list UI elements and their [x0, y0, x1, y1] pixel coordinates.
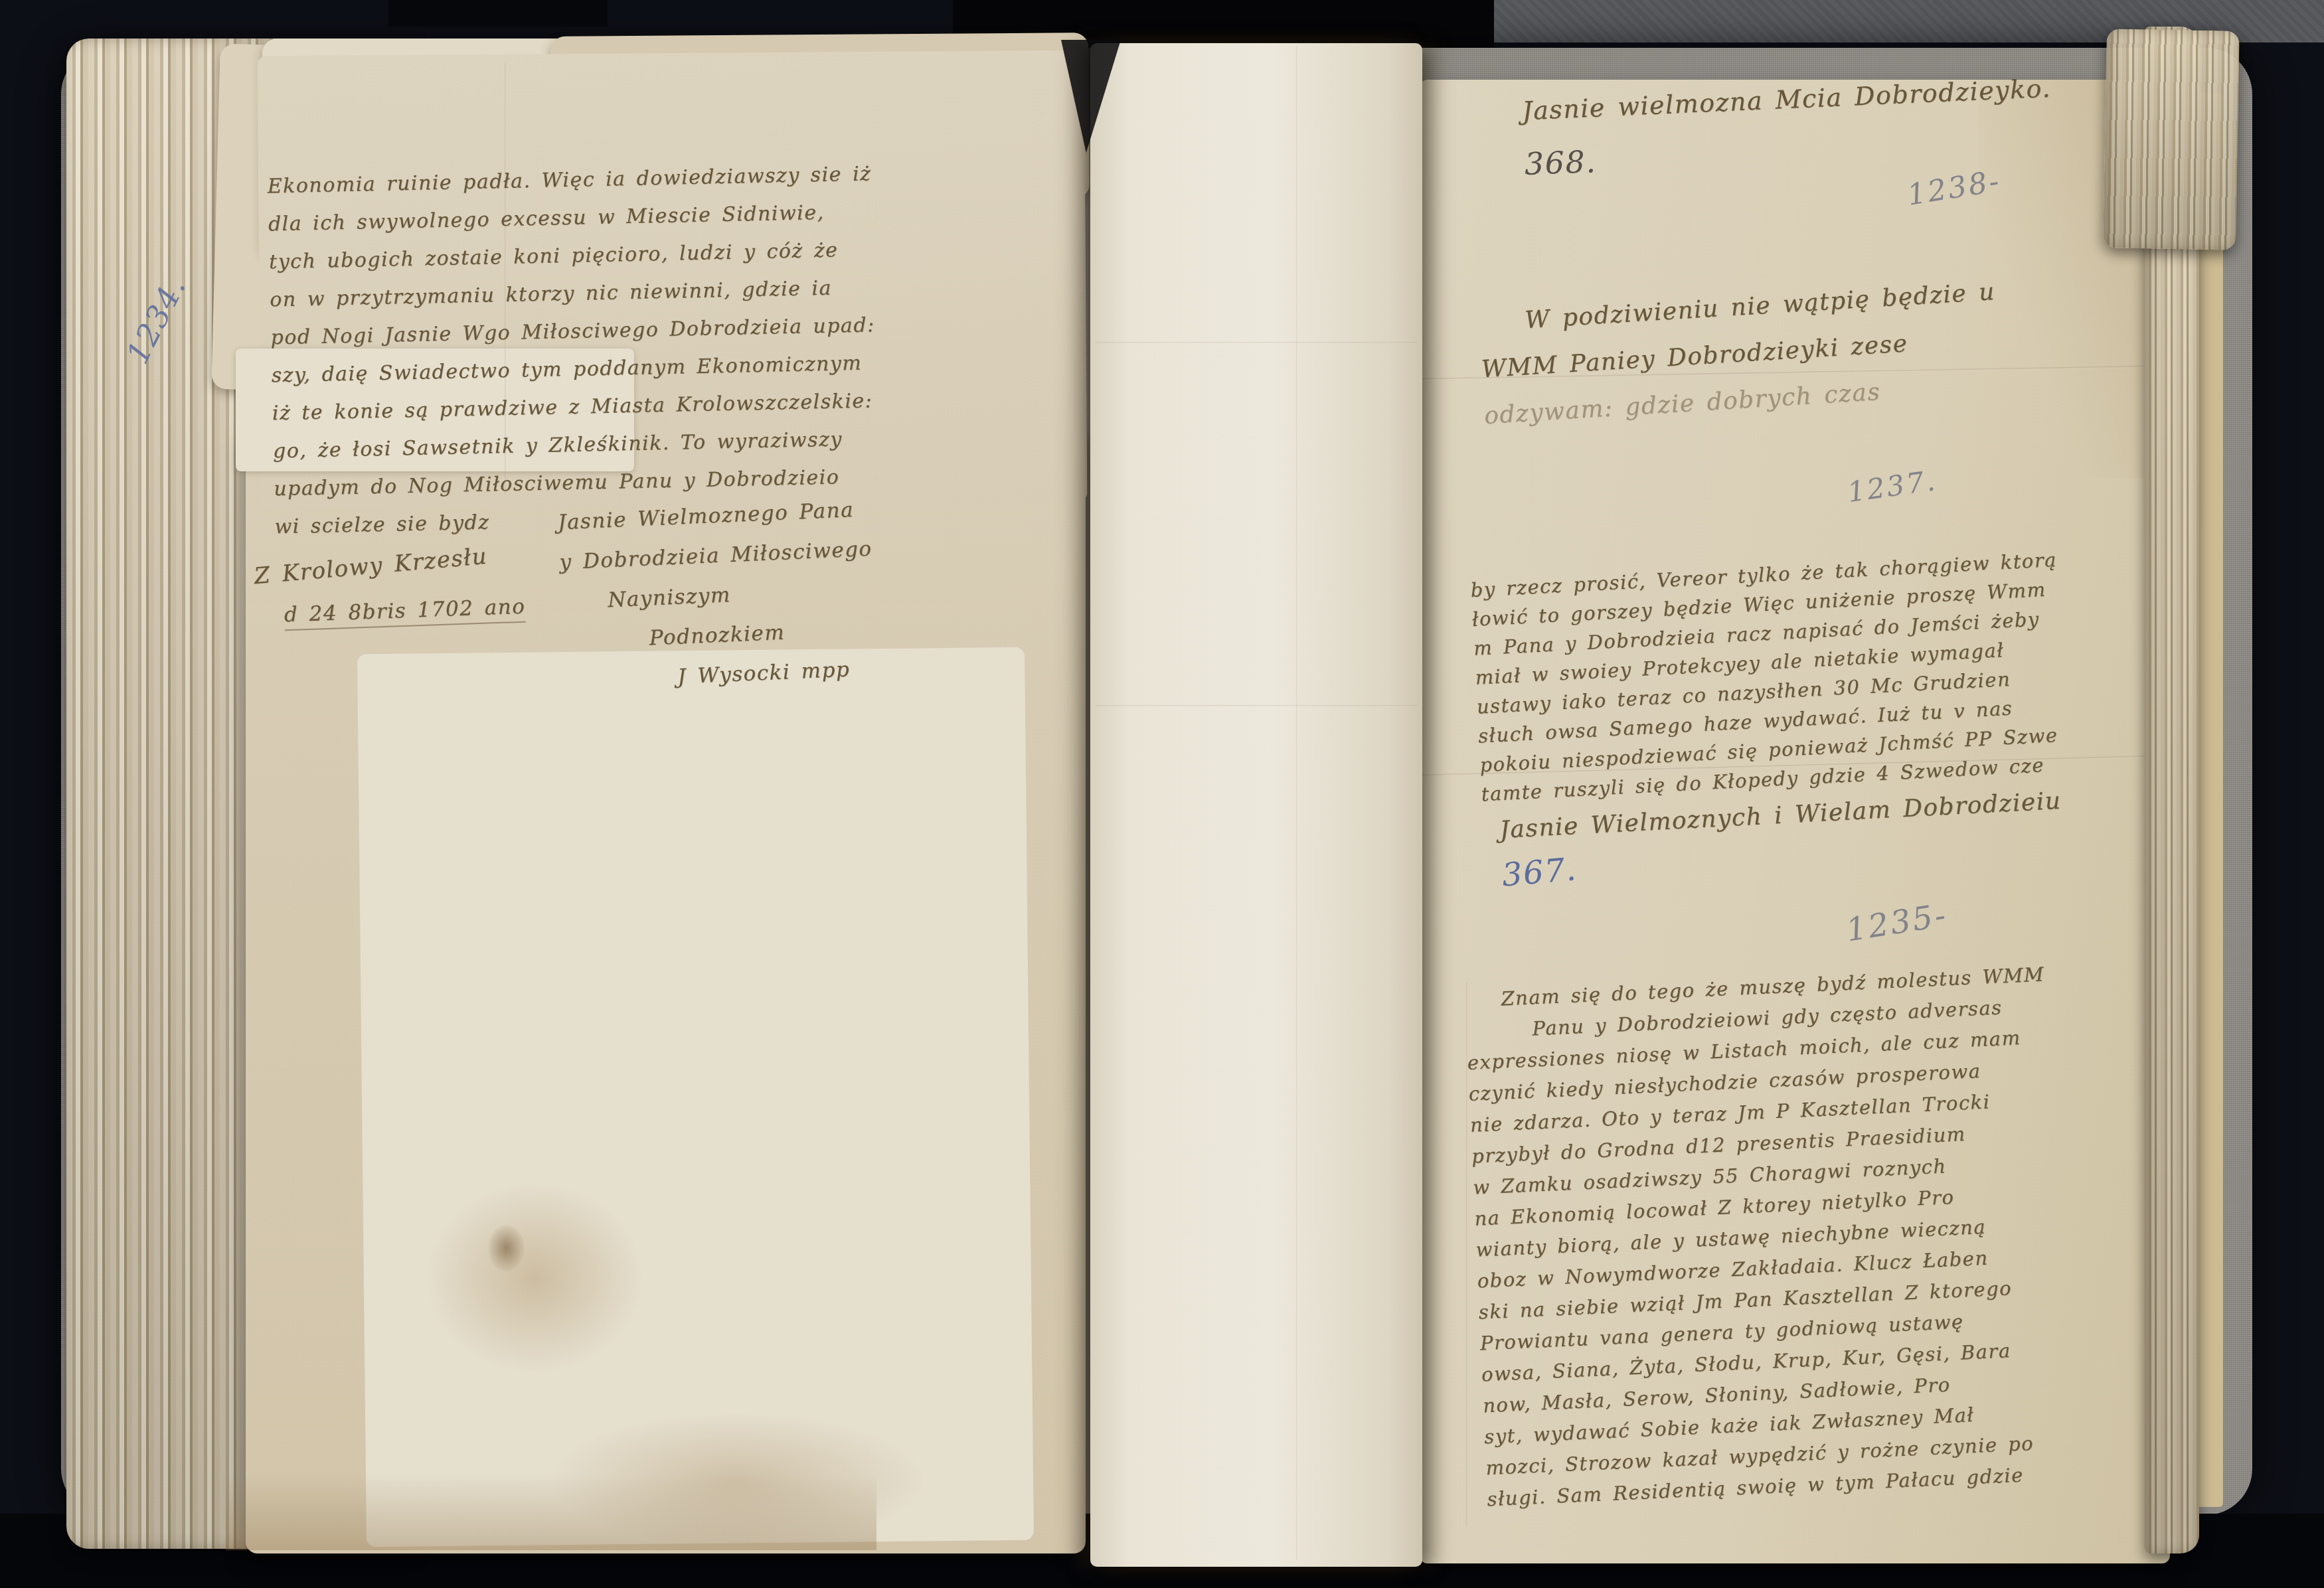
paper-stain-dark	[488, 1225, 525, 1271]
blank-interleaf-page	[1090, 43, 1422, 1567]
left-signature-block: Jasnie Wielmoznego Panay Dobrodzieia Mił…	[557, 487, 938, 702]
right-folio-368: 368.	[1524, 143, 1597, 182]
left-page-paragraph: Ekonomia ruinie padła. Więc ia dowiedzia…	[267, 151, 1058, 546]
interleaf-crease	[1096, 705, 1417, 706]
manuscript-photo: 1234. Ekonomia ruinie padła. Więc ia dow…	[0, 0, 2324, 1588]
interleaf-crease	[1096, 342, 1417, 343]
right-top-corner-leaves	[2103, 29, 2240, 250]
paper-stain	[425, 1182, 644, 1374]
paper-edge-toning	[226, 1474, 876, 1550]
right-paragraph-middle: by rzecz prosić, Vereor tylko że tak cho…	[1470, 537, 2212, 809]
background-shadow-patch	[388, 0, 608, 27]
interleaf-crease-vertical	[1296, 46, 1297, 1560]
right-paragraph-lower: Znam się do tego że muszę bydź molestus …	[1463, 951, 2237, 1515]
left-page-blank-patch	[357, 647, 1034, 1547]
right-folio-367: 367.	[1501, 850, 1578, 894]
